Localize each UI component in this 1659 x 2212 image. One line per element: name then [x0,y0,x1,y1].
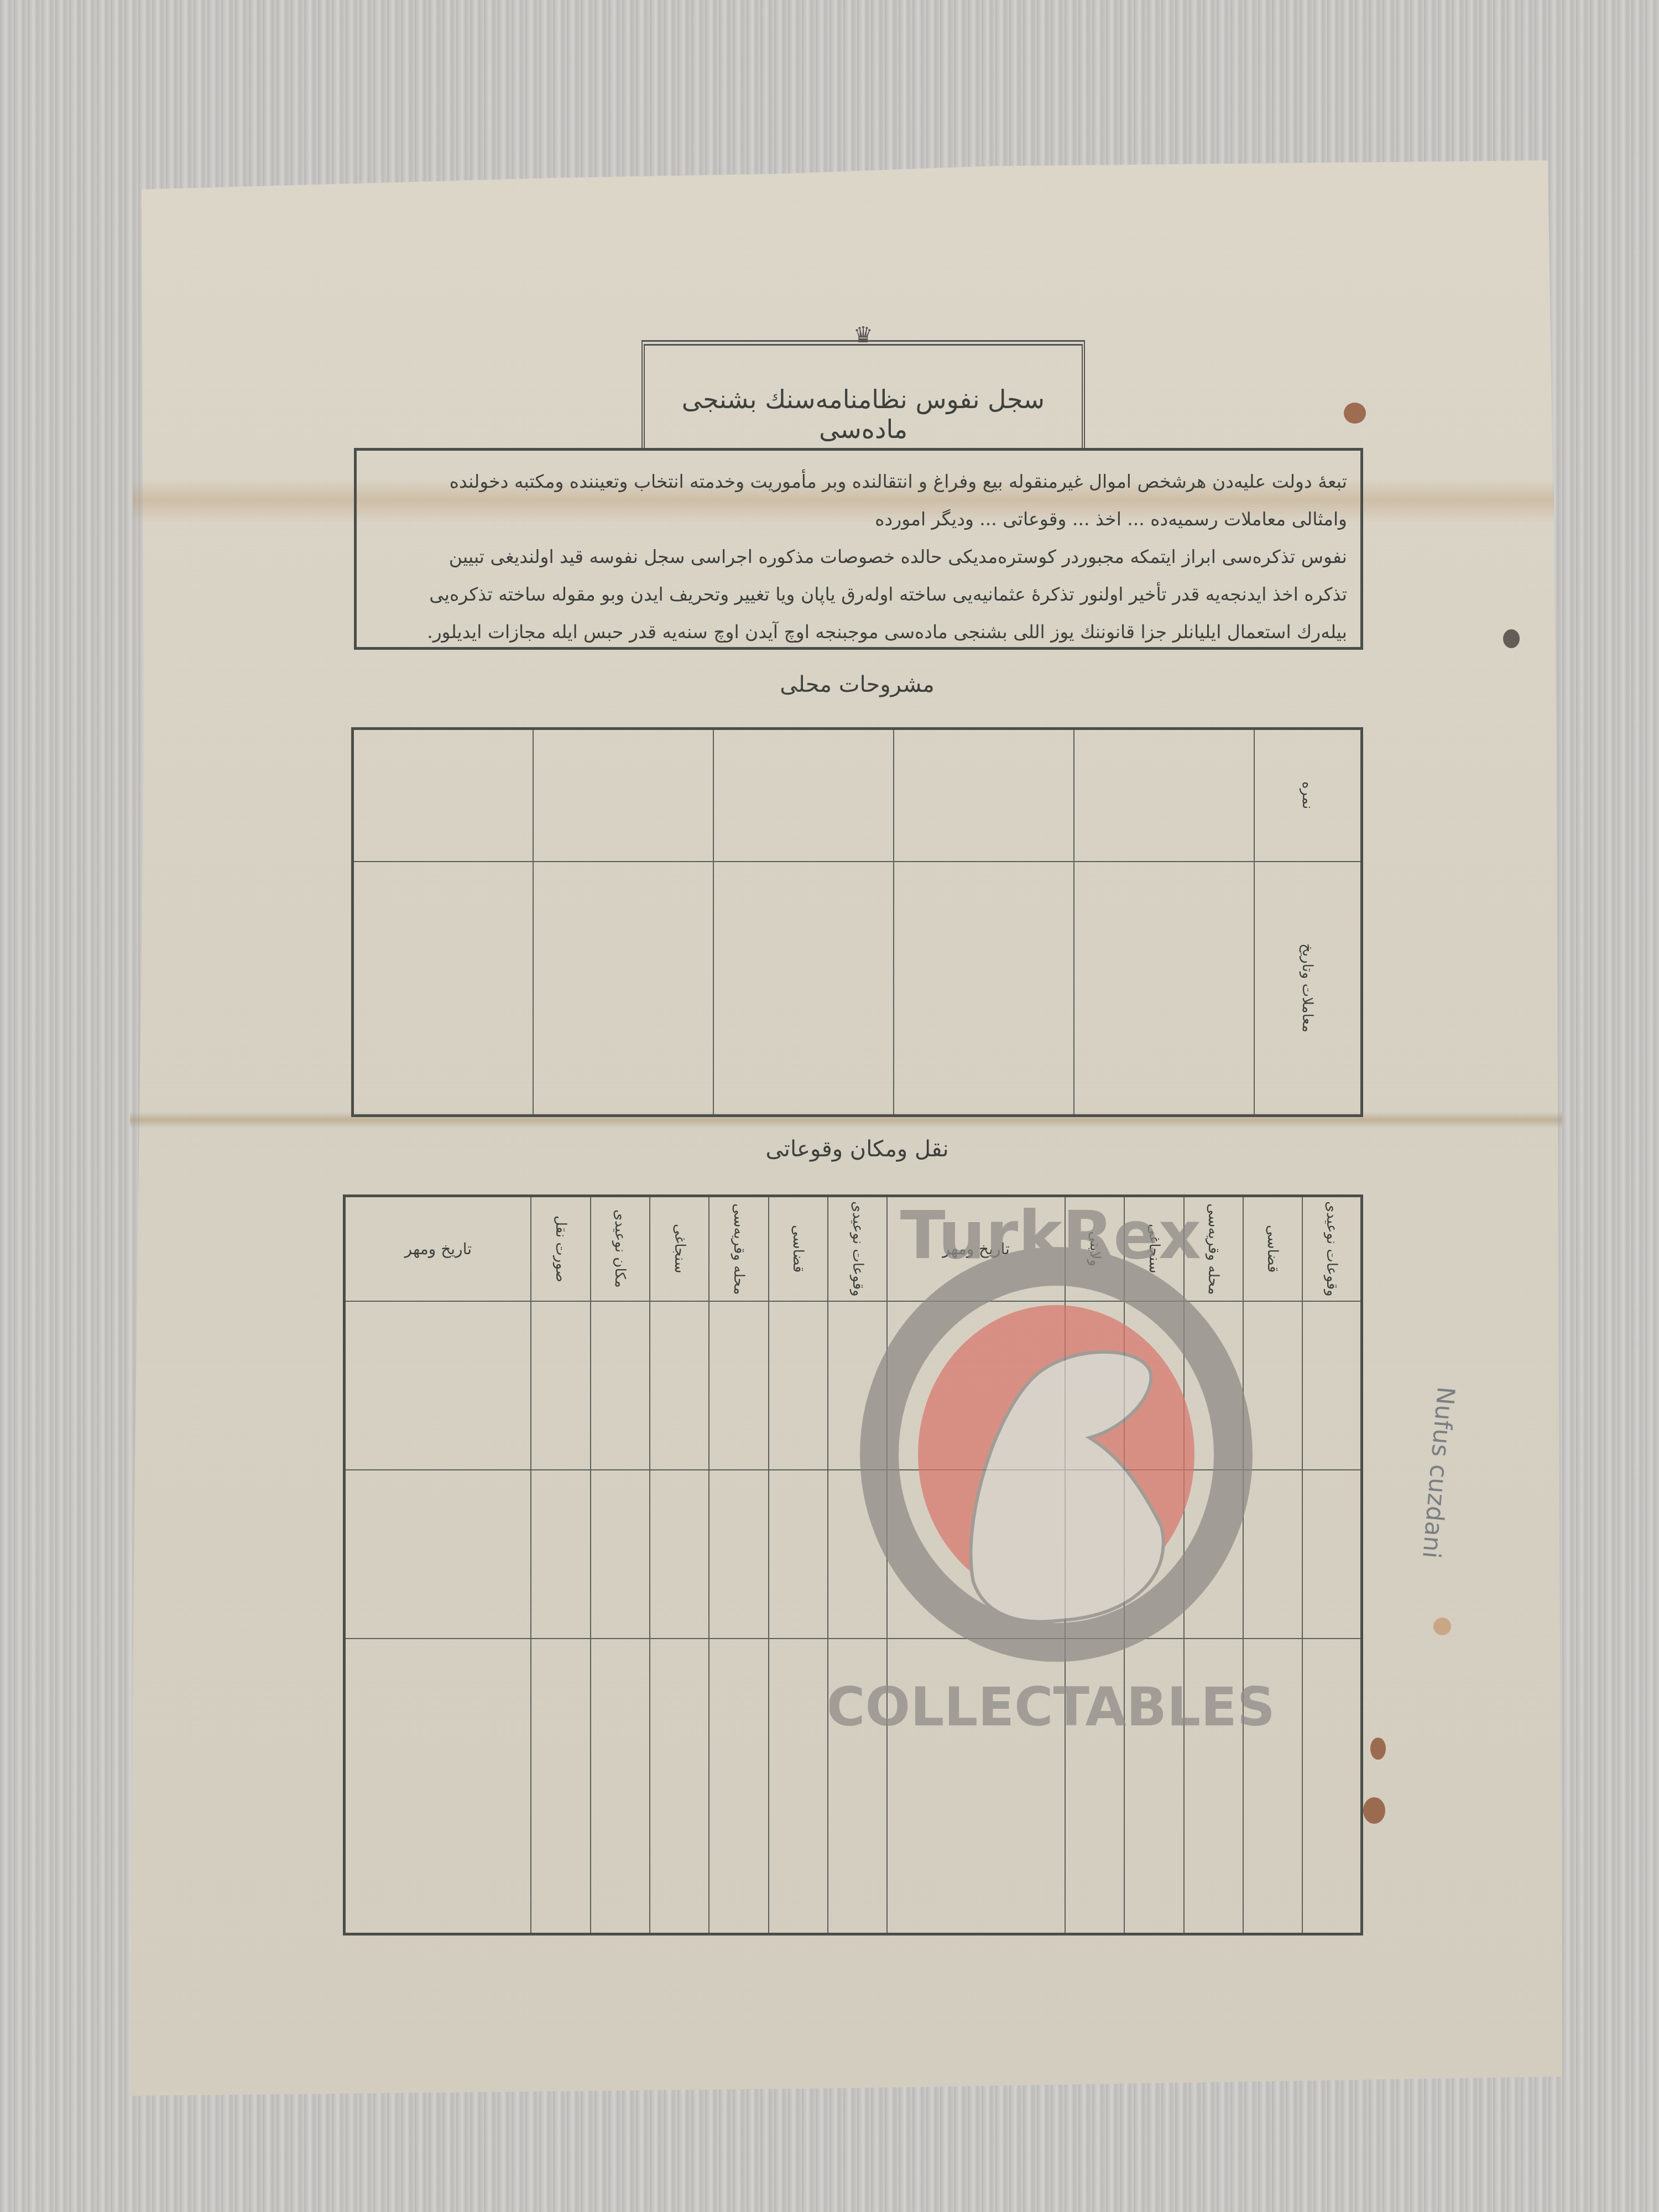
header-transfer-form: صورت نقل [552,1215,569,1282]
notice-line: وامثالی معاملات رسمیه‌ده ... اخذ ... وقو… [370,500,1347,538]
header-district-left: قضاسی [790,1225,806,1272]
header-date-seal-left: تاریخ ومهر [346,1240,530,1258]
section2-title: نقل ومکان وقوعاتی [691,1136,1023,1162]
logo-top-text: TurkRex [900,1197,1201,1274]
row-label-transactions-date: معاملات وتاریخ [1299,943,1316,1032]
notice-line: نفوس تذکره‌سی ابراز ایتمکه مجبوردر کوستر… [370,538,1347,576]
notice-line: تذکره اخذ ایدنجه‌یه قدر تأخیر اولنور تذک… [370,576,1347,613]
section1-table: نمره معاملات وتاریخ [351,727,1363,1117]
stain-dot [1433,1618,1451,1635]
header-event-type-right: وقوعات نوعیدی [1323,1201,1340,1297]
rust-hole [1503,629,1520,648]
rust-hole [1344,403,1366,424]
notice-line: بیله‌رك استعمال ایلیانلر جزا قانوننك یوز… [370,613,1347,651]
header-place-type: مکان نوعیدی [612,1209,628,1288]
header-title: سجل نفوس نظامنامه‌سنك بشنجی ماده‌سی [667,384,1060,444]
turkrex-watermark-logo: TurkRex COLLECTABLES [830,1194,1272,1747]
header-sanjak-left: سنجاغی [671,1224,688,1274]
section1-title: مشروحات محلی [691,672,1023,697]
ornamental-cartouche: ♛ سجل نفوس نظامنامه‌سنك بشنجی ماده‌سی [641,340,1085,451]
notice-line: تبعهٔ دولت علیه‌دن هرشخص اموال غیرمنقوله… [370,463,1347,500]
row-label-number: نمره [1299,781,1316,809]
rust-hole [1363,1797,1385,1824]
crown-ornament-icon: ♛ [853,322,873,348]
rust-hole [1370,1738,1386,1760]
legal-notice-box: تبعهٔ دولت علیه‌دن هرشخص اموال غیرمنقوله… [354,448,1363,650]
header-quarter-village-left: محله وقریه‌سی [731,1203,747,1295]
logo-bottom-text: COLLECTABLES [830,1676,1272,1738]
